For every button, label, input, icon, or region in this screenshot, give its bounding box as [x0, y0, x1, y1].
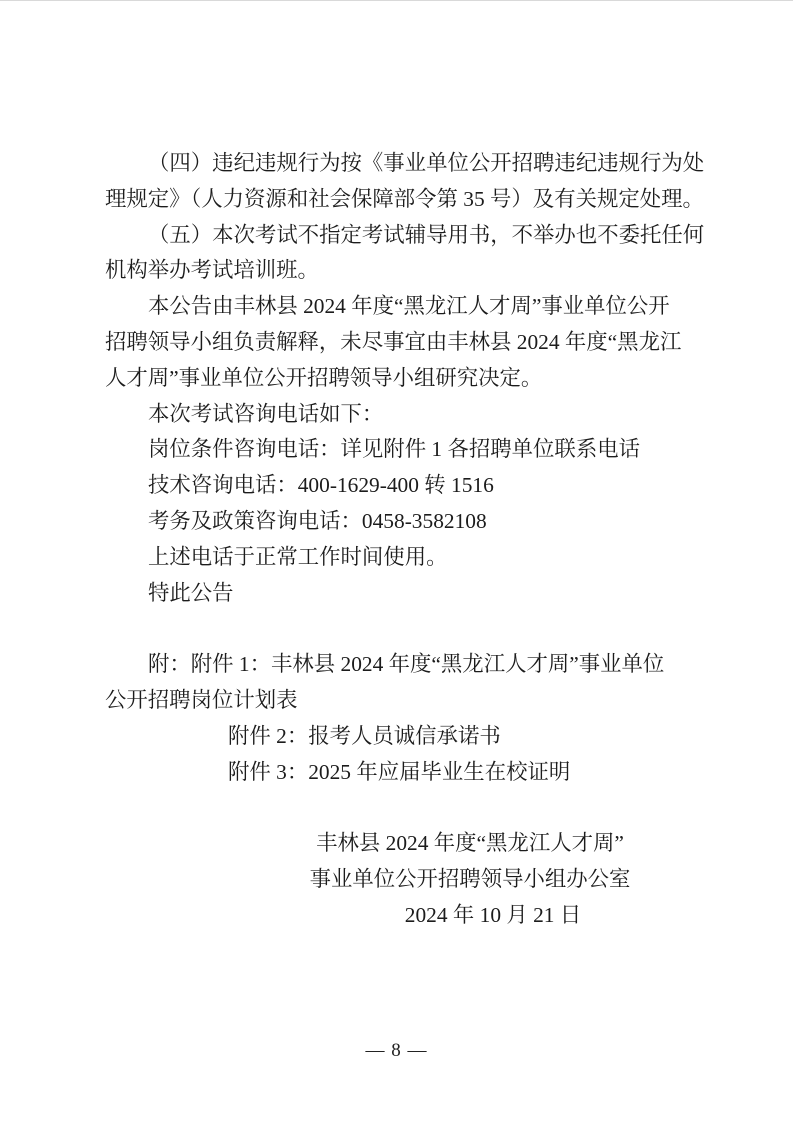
- text-line: 公开招聘岗位计划表: [105, 683, 706, 719]
- text-line: 2024 年 10 月 21 日: [293, 898, 693, 934]
- text-line: 招聘领导小组负责解释，未尽事宜由丰林县 2024 年度“黑龙江: [105, 325, 706, 361]
- text-line: 丰林县 2024 年度“黑龙江人才周”: [270, 826, 670, 862]
- document-page: （四）违纪违规行为按《事业单位公开招聘违纪违规行为处理规定》（人力资源和社会保障…: [0, 0, 793, 1122]
- text-line: （四）违纪违规行为按《事业单位公开招聘违纪违规行为处: [105, 146, 706, 182]
- text-line: 考务及政策咨询电话：0458-3582108: [105, 504, 706, 540]
- page-number: — 8 —: [0, 1039, 793, 1063]
- document-body: （四）违纪违规行为按《事业单位公开招聘违纪违规行为处理规定》（人力资源和社会保障…: [105, 146, 706, 934]
- text-line: 理规定》（人力资源和社会保障部令第 35 号）及有关规定处理。: [105, 182, 706, 218]
- text-line: 本次考试咨询电话如下：: [105, 397, 706, 433]
- text-line: （五）本次考试不指定考试辅导用书，不举办也不委托任何: [105, 218, 706, 254]
- text-line: 本公告由丰林县 2024 年度“黑龙江人才周”事业单位公开: [105, 289, 706, 325]
- text-line: 特此公告: [105, 576, 706, 612]
- text-line: 附件 3：2025 年应届毕业生在校证明: [105, 755, 706, 791]
- blank-line: [105, 611, 706, 647]
- text-line: 机构举办考试培训班。: [105, 253, 706, 289]
- text-line: 附：附件 1：丰林县 2024 年度“黑龙江人才周”事业单位: [105, 647, 706, 683]
- text-line: 事业单位公开招聘领导小组办公室: [270, 862, 670, 898]
- text-line: 岗位条件咨询电话：详见附件 1 各招聘单位联系电话: [105, 432, 706, 468]
- text-line: 上述电话于正常工作时间使用。: [105, 540, 706, 576]
- text-line: 附件 2：报考人员诚信承诺书: [105, 719, 706, 755]
- text-line: 人才周”事业单位公开招聘领导小组研究决定。: [105, 361, 706, 397]
- blank-line: [105, 790, 706, 826]
- text-line: 技术咨询电话：400-1629-400 转 1516: [105, 468, 706, 504]
